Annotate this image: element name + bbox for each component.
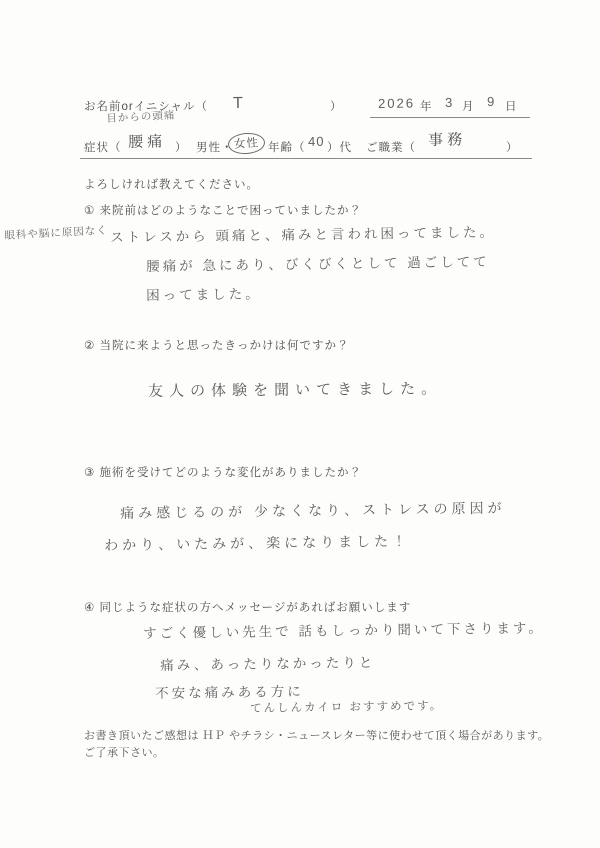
q1-answer-line-3: 困ってました。 <box>146 282 262 304</box>
symptom-row-underline <box>80 158 532 159</box>
age-label: 年齢（ <box>268 139 306 155</box>
date-day-value: 9 <box>487 94 497 109</box>
gender-circled-value: 女性 <box>227 132 265 156</box>
footer-note-line-2: ご了承下さい。 <box>84 744 165 760</box>
symptom-value: 腰痛 <box>128 130 166 152</box>
q4-answer-line-2: 痛み、あったりなかったりと <box>160 651 375 674</box>
date-day-label: 日 <box>505 98 518 114</box>
name-field-close: ） <box>330 98 343 114</box>
date-month-label: 月 <box>462 98 475 114</box>
q4-answer-line-4: てんしんカイロ おすすめです。 <box>250 697 443 716</box>
q1-answer-line-2: 腰痛が 急にあり、びくびくとして 過ごしてて <box>146 250 490 275</box>
q2-answer-line-1: 友人の体験を聞いてきました。 <box>148 377 442 401</box>
question-4: ④ 同じような症状の方へメッセージがあればお願いします <box>84 599 411 615</box>
symptom-label: 症状（ <box>84 139 122 155</box>
question-3: ③ 施術を受けてどのような変化がありましたか？ <box>84 464 362 480</box>
q4-answer-line-1: すごく優しい先生で 話もしっかり聞いて下さります。 <box>143 616 545 642</box>
date-year-label: 年 <box>420 98 433 114</box>
question-2: ② 当院に来ようと思ったきっかけは何ですか？ <box>84 337 350 353</box>
q1-answer-line-1: ストレスから 頭痛と、痛みと言われ困ってました。 <box>110 221 496 246</box>
questionnaire-scan: お名前orイニシャル（ T ） 2026 年 3 月 9 日 目からの頭痛 症状… <box>0 0 600 848</box>
question-1: ① 来院前はどのようなことで困っていましたか？ <box>84 202 362 218</box>
age-close: ）代 <box>327 139 352 155</box>
q3-answer-line-2: わかり、いたみが、楽になりました！ <box>104 531 410 555</box>
job-close: ） <box>506 139 519 155</box>
name-initial-value: T <box>233 95 246 113</box>
date-month-value: 3 <box>445 95 455 110</box>
job-value: 事務 <box>428 128 466 150</box>
q1-margin-note: 眼科や脳に原因なく <box>4 223 108 243</box>
age-value: 40 <box>308 134 325 149</box>
footer-note-line-1: お書き頂いたご感想は ＨＰ やチラシ・ニュースレター等に使わせて頂く場合がありま… <box>84 727 549 743</box>
symptom-annotation: 目からの頭痛 <box>106 107 176 126</box>
intro-text: よろしければ教えてください。 <box>84 176 259 192</box>
symptom-close: ） <box>175 139 188 155</box>
q3-answer-line-1: 痛み感じるのが 少なくなり、ストレスの原因が <box>120 498 506 523</box>
date-underline <box>370 117 530 118</box>
job-label: ご職業（ <box>366 139 416 155</box>
date-year-value: 2026 <box>378 95 415 111</box>
